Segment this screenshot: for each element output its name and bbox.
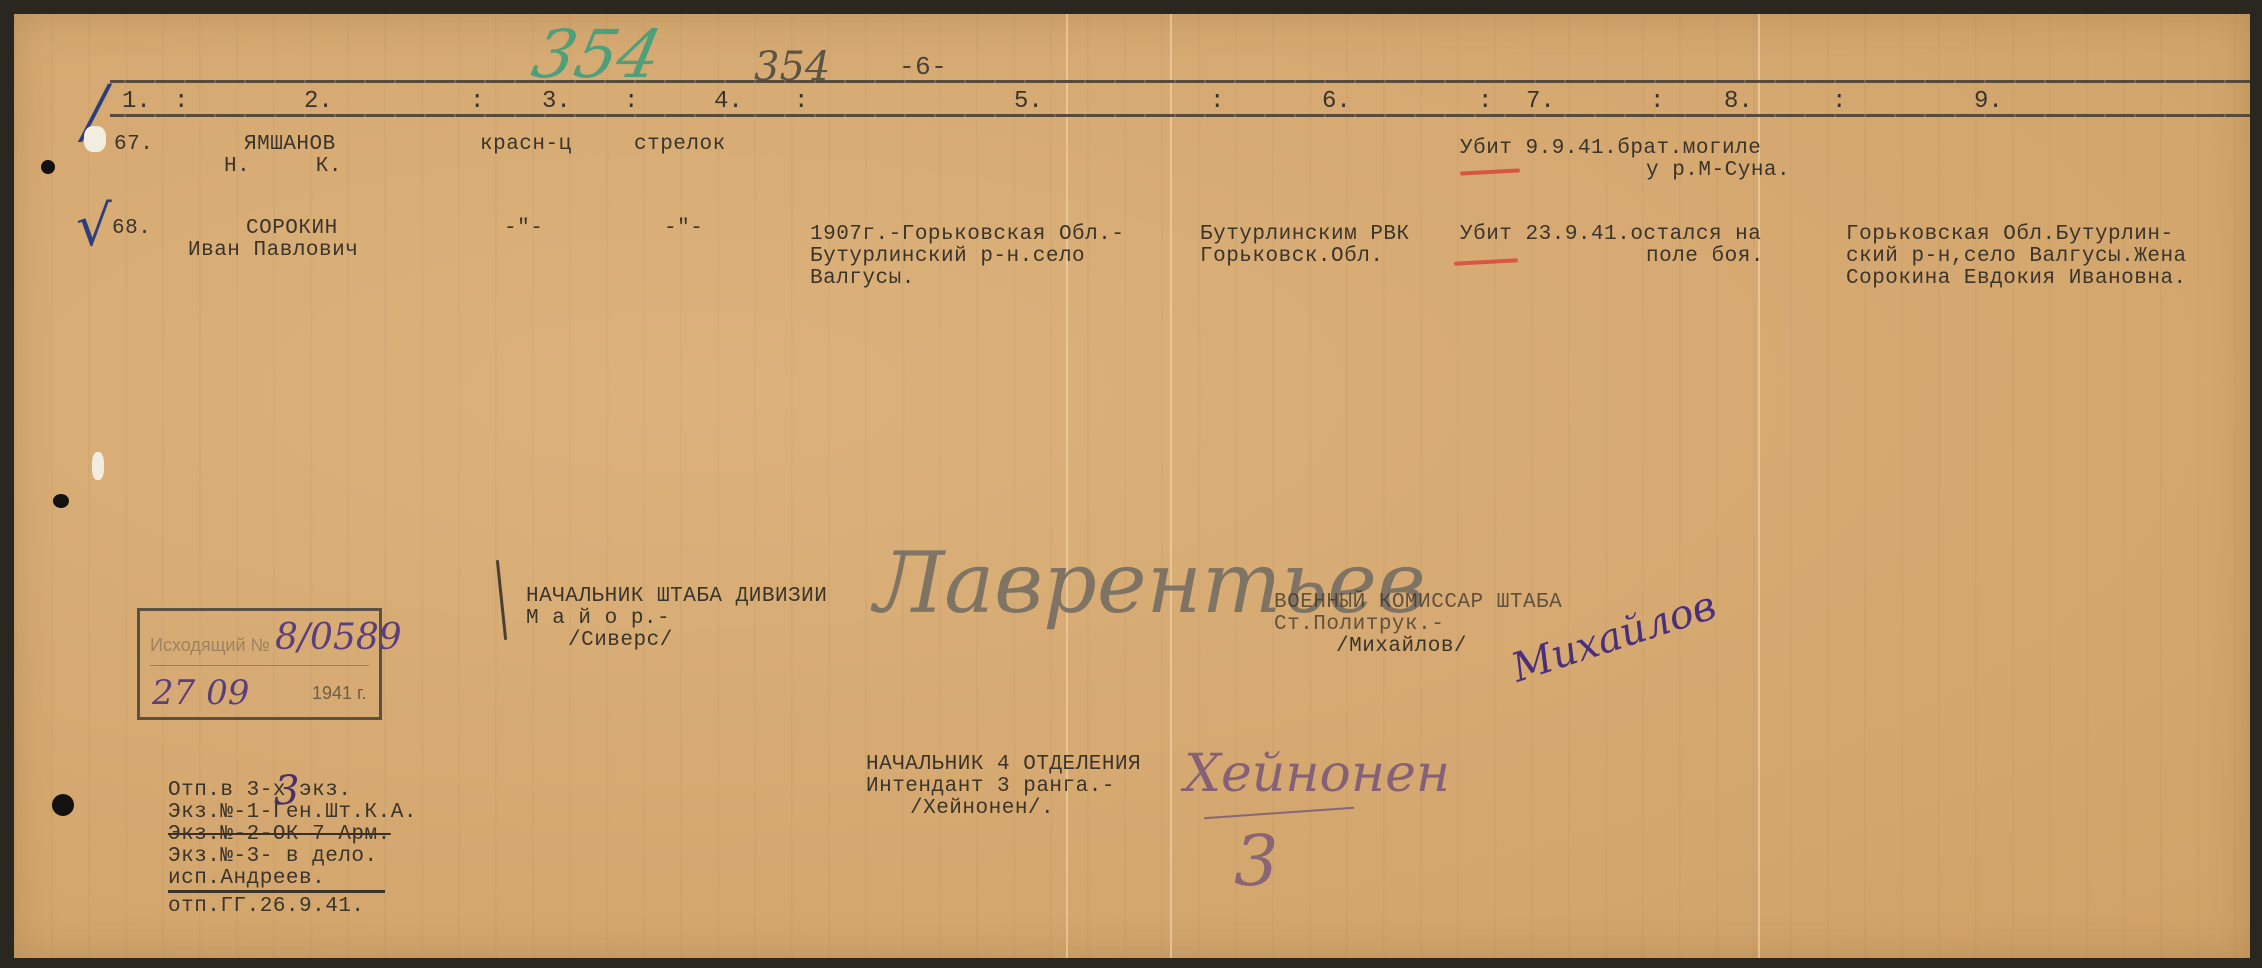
row-birth-info: 1907г.-Горьковская Обл.- Бутурлинский р-…: [810, 224, 1124, 290]
col-separator: :: [1478, 88, 1492, 115]
signer-name: /Хейнонен/.: [910, 798, 1054, 820]
stamp-date: 27 09: [152, 673, 249, 713]
header-rule-bottom: [110, 114, 2250, 117]
col-separator: :: [470, 88, 484, 115]
handwritten-signature: Хейнонен: [1184, 744, 1450, 804]
archive-number-pencil: 354: [754, 44, 830, 90]
row-position: стрелок: [634, 134, 726, 156]
col-separator: :: [624, 88, 638, 115]
handwritten-stroke: [1204, 807, 1354, 819]
signer-rank: Интендант 3 ранга.-: [866, 776, 1115, 798]
col-8: 8.: [1724, 88, 1753, 115]
distribution-line: Экз.№-3- в дело.: [168, 846, 378, 868]
distribution-line: исп.Андреев.: [168, 868, 385, 893]
stamp-divider: [150, 665, 369, 666]
paper-tear: [84, 126, 106, 152]
row-rank: -"-: [504, 218, 543, 240]
paper-fold: [1066, 14, 1068, 958]
header-rule-top: [110, 80, 2250, 83]
col-9: 9.: [1974, 88, 2003, 115]
col-separator: :: [1650, 88, 1664, 115]
col-3: 3.: [542, 88, 571, 115]
row-surname: ЯМШАНОВ: [244, 134, 336, 156]
handwritten-number: 3: [274, 768, 299, 814]
signer-name: /Сиверс/: [568, 630, 673, 652]
row-fate: Убит 23.9.41.остался на: [1460, 224, 1761, 246]
row-surname: СОРОКИН: [246, 218, 338, 240]
signer-rank: Ст.Политрук.-: [1274, 614, 1444, 636]
row-name: Иван Павлович: [188, 240, 358, 262]
row-rank: красн-ц: [480, 134, 572, 156]
paper-fold: [1170, 14, 1172, 958]
handwritten-number: 3: [1234, 820, 1279, 902]
col-separator: :: [794, 88, 808, 115]
stamp-number: 8/0589: [275, 617, 402, 658]
signer-title: ВОЕННЫЙ КОМИССАР ШТАБА: [1274, 592, 1562, 614]
punch-hole: [41, 160, 55, 174]
distribution-line-struck: Экз.№-2-ОК 7 Арм.: [168, 824, 391, 846]
signer-title: НАЧАЛЬНИК ШТАБА ДИВИЗИИ: [526, 586, 827, 608]
signer-rank: М а й о р.-: [526, 608, 670, 630]
paper-tear: [92, 452, 104, 480]
col-separator: :: [1210, 88, 1224, 115]
checkmark-icon: √: [76, 194, 112, 259]
col-4: 4.: [714, 88, 743, 115]
col-1: 1.: [122, 88, 151, 115]
registration-stamp: Исходящий № 8/0589 27 09 1941 г.: [137, 608, 382, 720]
row-burial: у р.М-Суна.: [1646, 160, 1790, 182]
row-relatives: Горьковская Обл.Бутурлин- ский р-н,село …: [1846, 224, 2187, 290]
punch-hole: [53, 494, 69, 508]
row-fate: Убит 9.9.41.брат.могиле: [1460, 138, 1761, 160]
distribution-line: Отп.в 3-х экз.: [168, 780, 351, 802]
col-5: 5.: [1014, 88, 1043, 115]
distribution-line: отп.ГГ.26.9.41.: [168, 896, 365, 918]
row-burial: поле боя.: [1646, 246, 1764, 268]
row-number: 68.: [112, 218, 151, 240]
col-2: 2.: [304, 88, 333, 115]
page-number: -6-: [899, 56, 947, 78]
col-separator: :: [174, 88, 188, 115]
margin-stroke: [496, 560, 507, 640]
row-draft-office: Бутурлинским РВК Горьковск.Обл.: [1200, 224, 1410, 268]
stamp-year: 1941 г.: [312, 683, 366, 704]
document-page: 354 354 -6- 1. 2. 3. 4. 5. 6. 7. 8. 9. :…: [14, 14, 2250, 958]
row-position: -"-: [664, 218, 703, 240]
red-check-mark: [1454, 258, 1518, 265]
signer-title: НАЧАЛЬНИК 4 ОТДЕЛЕНИЯ: [866, 754, 1141, 776]
col-7: 7.: [1526, 88, 1555, 115]
punch-hole: [52, 794, 74, 816]
red-check-mark: [1460, 168, 1520, 175]
row-number: 67.: [114, 134, 153, 156]
stamp-label: Исходящий №: [150, 635, 270, 656]
col-6: 6.: [1322, 88, 1351, 115]
row-name: Н. К.: [224, 156, 342, 178]
signer-name: /Михайлов/: [1336, 636, 1467, 658]
col-separator: :: [1832, 88, 1846, 115]
